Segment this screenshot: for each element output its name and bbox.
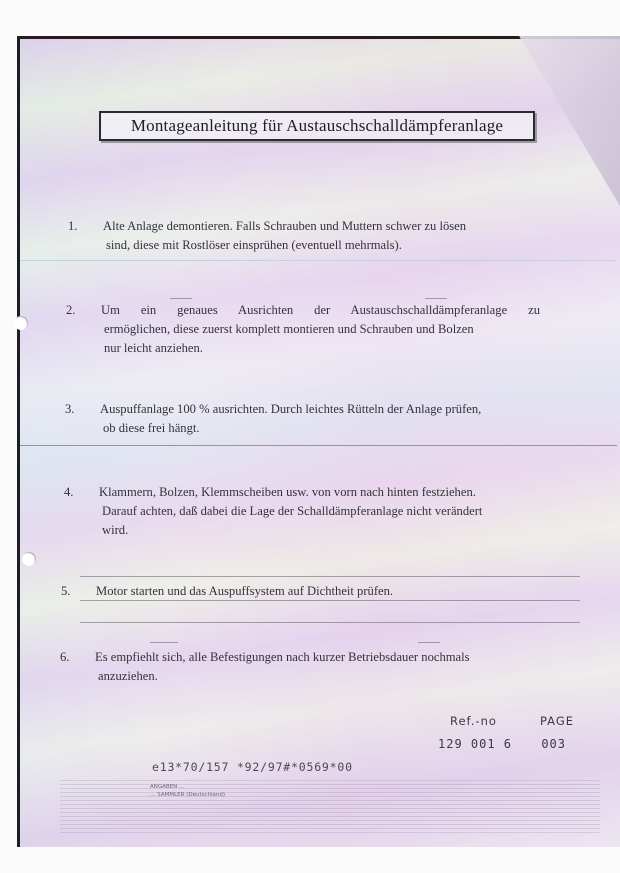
step-1: 1.Alte Anlage demontieren. Falls Schraub… [87, 217, 540, 255]
step-text-line: Klammern, Bolzen, Klemmscheiben usw. von… [99, 485, 476, 499]
ref-no-label: Ref.-no [450, 714, 497, 728]
step-number: 3. [84, 400, 100, 419]
reference-block: Ref.-no PAGE 129 001 6 003 [438, 714, 588, 760]
page-title: Montageanleitung für Austauschschalldämp… [131, 116, 503, 136]
step-text-line: anzuziehen. [98, 669, 158, 683]
page-number-value: 003 [541, 737, 566, 751]
step-text-line: Alte Anlage demontieren. Falls Schrauben… [103, 219, 466, 233]
title-box: Montageanleitung für Austauschschalldämp… [99, 111, 535, 141]
step-5: 5.Motor starten und das Auspuffsystem au… [80, 582, 540, 601]
step-text-line: Um ein genaues Ausrichten der Austauschs… [101, 303, 540, 317]
dashed-rule [170, 298, 192, 299]
step-text-line: Darauf achten, daß dabei die Lage der Sc… [102, 504, 482, 518]
step-text-line: ob diese frei hängt. [103, 421, 200, 435]
page-label: PAGE [540, 714, 574, 728]
step-number: 5. [80, 582, 96, 601]
footer-imprint [60, 778, 600, 833]
step-text-line: Es empfiehlt sich, alle Befestigungen na… [95, 650, 470, 664]
footer-line-2: … SAMMLER (Deutschland) [150, 791, 225, 799]
step-4: 4.Klammern, Bolzen, Klemmscheiben usw. v… [83, 483, 536, 540]
approval-code: e13*70/157 *92/97#*0569*00 [152, 760, 353, 774]
punch-hole-bottom [22, 552, 36, 566]
step-text-line: sind, diese mit Rostlöser einsprühen (ev… [106, 238, 402, 252]
step-text-line: ermöglichen, diese zuerst komplett monti… [104, 322, 474, 336]
dashed-rule [80, 622, 580, 623]
step-number: 2. [85, 301, 101, 320]
dashed-rule [80, 576, 580, 577]
step-2: 2.Um ein genaues Ausrichten der Austausc… [85, 301, 540, 358]
dashed-rule [418, 642, 440, 643]
step-3: 3.Auspuffanlage 100 % ausrichten. Durch … [84, 400, 540, 438]
footer-line-1: ANGABEN … [150, 783, 225, 791]
dashed-rule [150, 642, 178, 643]
scan-artifact-line [20, 260, 617, 261]
step-number: 6. [79, 648, 95, 667]
ref-no-value: 129 001 6 [438, 737, 512, 751]
footer-text: ANGABEN … … SAMMLER (Deutschland) [150, 783, 225, 799]
step-number: 1. [87, 217, 103, 236]
dashed-rule [425, 298, 447, 299]
step-number: 4. [83, 483, 99, 502]
step-text-line: Auspuffanlage 100 % ausrichten. Durch le… [100, 402, 481, 416]
step-text-line: nur leicht anziehen. [104, 341, 203, 355]
step-text-line: Motor starten und das Auspuffsystem auf … [96, 584, 393, 598]
punch-hole-top [14, 316, 28, 330]
step-text-line: wird. [102, 523, 128, 537]
dashed-rule [80, 600, 580, 601]
step-6: 6.Es empfiehlt sich, alle Befestigungen … [79, 648, 535, 686]
fold-line [20, 445, 617, 446]
